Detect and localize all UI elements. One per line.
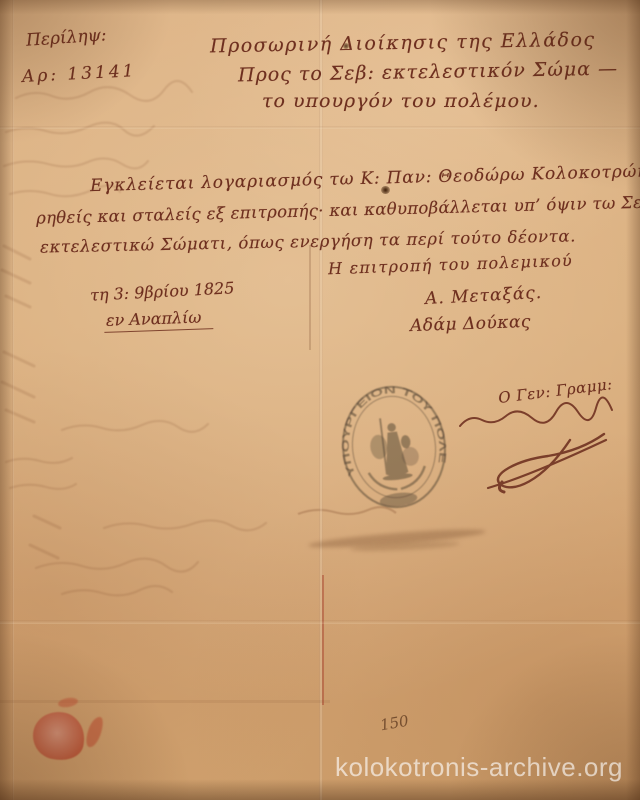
fold-line-vertical-left [12,0,14,800]
body-line-2: ρηθείς και σταλείς εξ επιτροπής· και καθ… [36,191,640,227]
body-line-1: Εγκλείεται λογαριασμός τω Κ: Παν: Θεοδώρ… [90,160,640,196]
header-line-addressee: Προς το Σεβ: εκτελεστικόν Σώμα — [238,58,618,87]
fold-line-horizontal-lower-left [0,700,330,703]
fold-line-red-tint [322,575,324,705]
wax-seal-speck [57,696,78,708]
wax-seal-fragment [83,715,105,749]
place-line: εν Αναπλίω [104,307,214,333]
header-line-ministry: το υπουργόν του πολέμου. [262,90,540,112]
protocol-number: Αρ: 13141 [22,61,137,87]
fold-line-horizontal-top [0,126,640,129]
wax-seal [28,706,90,765]
secretary-signature-flourish [452,396,640,504]
fold-line-horizontal-bottom [0,620,640,624]
archival-page-number: 150 [379,712,410,735]
fold-line-vertical-center [319,0,323,800]
committee-title: Η επιτροπή του πολεμικού [328,251,574,279]
site-watermark: kolokotronis-archive.org [335,752,623,783]
document-photo: Περίληψ: Αρ: 13141 Προσωρινή Διοίκησις τ… [0,0,640,800]
body-line-3: εκτελεστικώ Σώματι, όπως ενεργήση τα περ… [40,226,576,256]
war-ministry-seal: ΥΠΟΥΡΓΕΙΟΝ ΤΟΥ ΠΟΛΕΜΟΥ [329,376,460,517]
date-line: τη 3: 9βρίου 1825 [90,278,235,305]
margin-summary-note: Περίληψ: [25,25,107,51]
header-line-administration: Προσωρινή Διοίκησις της Ελλάδος [210,29,596,58]
committee-signature-metaxas: Α. Μεταξάς. [425,283,543,309]
committee-signature-doukas: Αδάμ Δούκας [410,312,532,336]
fold-line-vertical-small [309,245,311,350]
